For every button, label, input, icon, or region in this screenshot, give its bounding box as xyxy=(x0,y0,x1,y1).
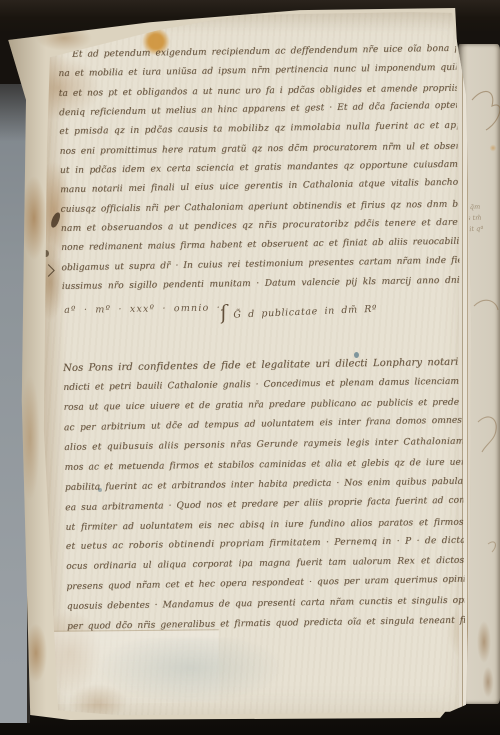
closing-row: aº · mº · xxxº · omnio · ſ G̃ d publicat… xyxy=(62,291,460,331)
pen-flourish xyxy=(472,91,500,130)
pen-flourish xyxy=(478,417,496,452)
rubric-line: ſ G̃ d publicatae in dm̃ Rº xyxy=(220,299,430,322)
manuscript-page: Et ad petendum exigendum recipiendum ac … xyxy=(40,10,472,716)
pen-flourish xyxy=(488,542,495,552)
ink-blot xyxy=(50,211,62,228)
pen-flourish xyxy=(474,300,498,310)
paragraph-one: Et ad petendum exigendum recipiendum ac … xyxy=(58,40,460,298)
paragraph-two: Nos Pons ird confidentes de fide et lega… xyxy=(63,353,465,638)
rubric-paraph-mark: ſ xyxy=(219,307,228,321)
text-block: Et ad petendum exigendum recipiendum ac … xyxy=(58,40,465,638)
date-line: aº · mº · xxxº · omnio · xyxy=(64,303,221,316)
water-stain xyxy=(95,638,285,704)
rubric-text: G̃ d publicatae in dm̃ Rº xyxy=(233,301,377,321)
photo-frame: Jn q̃mms tm̃q̃uit qª Et ad petendum exig… xyxy=(0,0,500,735)
